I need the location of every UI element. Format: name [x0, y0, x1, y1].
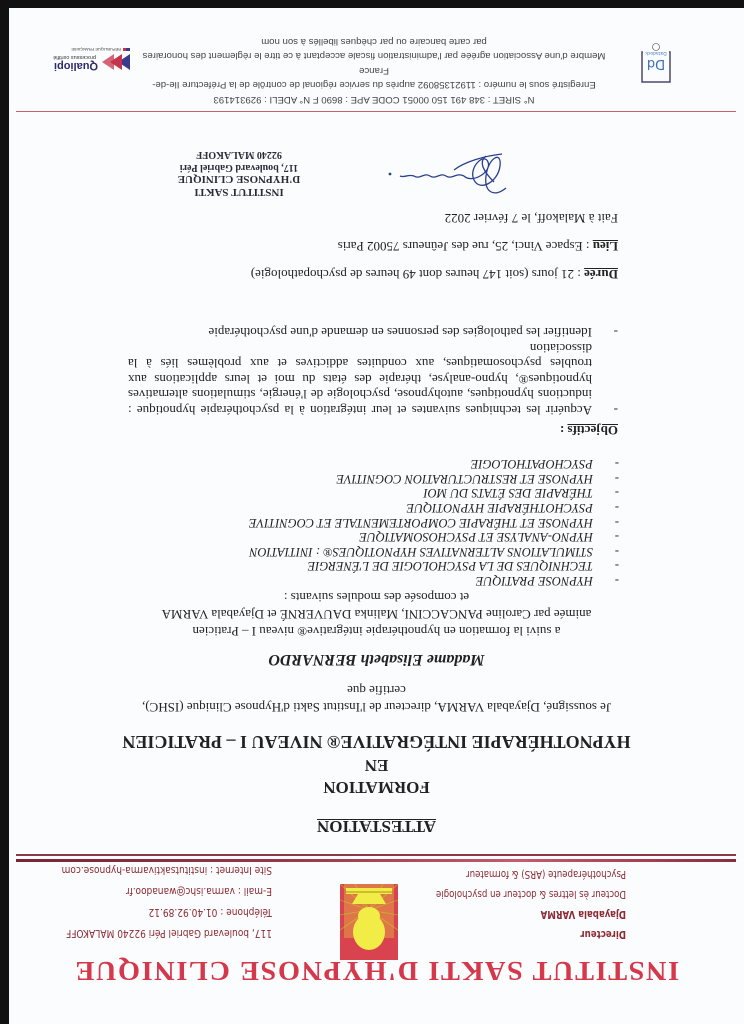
modules-list: HYPNOSE PRATIQUE TECHNIQUES DE LA PSYCHO… — [249, 457, 619, 588]
header-divider — [16, 859, 736, 862]
list-item: STIMULATIONS ALTERNATIVES HYPNOTIQUES® :… — [249, 544, 619, 559]
datadock-logo-icon: Dd Datadock — [640, 40, 672, 94]
intro-statement: Je soussigné, Djayabala VARMA, directeur… — [9, 682, 744, 716]
svg-text:RÉPUBLIQUE FRANÇAISE: RÉPUBLIQUE FRANÇAISE — [71, 47, 121, 52]
svg-text:processus certifié: processus certifié — [53, 54, 96, 60]
director-label: Directeur — [436, 924, 626, 944]
director-title: Docteur ès lettres & docteur en psycholo… — [436, 884, 626, 904]
training-description: a suivi la formation en hypnothérapie in… — [9, 589, 744, 640]
director-title: Psychothérapeute (ARS) & formateur — [436, 864, 626, 884]
scanner-edge — [0, 0, 9, 1024]
siret-info: N° SIRET : 348 491 150 00051 CODE APE : … — [139, 91, 609, 106]
signed-place-date: Fait à Malakoff, le 7 février 2022 — [445, 210, 618, 226]
list-item: HYPNO-ANALYSE ET PSYCHOSOMATIQUE — [249, 530, 619, 545]
association-info: Membre d'une Association agréée par l'ad… — [139, 48, 609, 63]
list-item: HYPNOSE ET THÉRAPIE COMPORTEMENTALE ET C… — [249, 515, 619, 530]
email-address: E-mail : varma.ishc@wanadoo.fr — [62, 881, 272, 902]
scanned-document: INSTITUT SAKTI D'HYPNOSE CLINIQUE Direct… — [0, 0, 744, 1024]
contact-block: 117, boulevard Gabriel Péri 92240 MALAKO… — [62, 860, 272, 944]
svg-text:Dd: Dd — [647, 56, 665, 71]
scanner-edge — [0, 0, 744, 8]
footer-divider — [16, 111, 736, 112]
duration-line: Durée : 21 jours (soit 147 heures dont 4… — [251, 266, 618, 282]
phone-number: Téléphone : 01.40.92.89.12 — [62, 902, 272, 923]
formation-heading: FORMATION EN — [9, 754, 744, 798]
list-item: TECHNIQUES DE LA PSYCHOLOGIE DE L'ÉNERGI… — [249, 559, 619, 574]
institute-address: 117, boulevard Gabriel Péri 92240 MALAKO… — [62, 923, 272, 944]
institute-stamp: INSTITUT SAKTI D'HYPNOSE CLINIQUE 117, b… — [149, 148, 329, 198]
objectives-heading: Objectifs : — [560, 422, 618, 438]
director-block: Directeur Djayabala VARMA Docteur ès let… — [436, 864, 626, 944]
registration-info: Enregistré sous le numéro : 11921358092 … — [139, 62, 609, 91]
svg-text:Qualiopi: Qualiopi — [54, 60, 98, 72]
location-line: Lieu : Espace Vinci, 25, rue des Jeûneur… — [338, 238, 618, 254]
formation-title: HYPNOTHÉRAPIE INTÉGRATIVE® NIVEAU I – PR… — [9, 731, 744, 752]
list-item: PSYCHOTHÉRAPIE HYPNOTIQUE — [249, 500, 619, 515]
recipient-name: Madame Elisabeth BERNARDO — [9, 650, 744, 668]
list-item: HYPNOSE PRATIQUE — [249, 573, 619, 588]
payment-info: par carte bancaire ou par chèques libell… — [139, 33, 609, 48]
list-item: Acquérir les techniques suivantes et leu… — [128, 340, 618, 418]
list-item: HYPNOSE ET RESTRUCTURATION COGNITIVE — [249, 471, 619, 486]
document-heading: ATTESTATION — [9, 816, 744, 836]
header-divider — [16, 854, 736, 856]
website-url: Site Internet : institutsaktivarma-hypno… — [62, 860, 272, 881]
list-item: THÉRAPIE DES ÉTATS DU MOI — [249, 486, 619, 501]
list-item: PSYCHOPATHOLOGIE — [249, 457, 619, 472]
director-name: Djayabala VARMA — [436, 904, 626, 924]
footer-legal-text: N° SIRET : 348 491 150 00051 CODE APE : … — [139, 33, 609, 106]
list-item: Identifier les pathologies des personnes… — [128, 324, 618, 340]
objectives-list: Acquérir les techniques suivantes et leu… — [128, 324, 618, 418]
qualiopi-logo-icon: Qualiopi processus certifié RÉPUBLIQUE F… — [32, 44, 132, 80]
vase-logo-icon — [340, 884, 398, 960]
handwritten-signature-icon — [374, 142, 524, 202]
